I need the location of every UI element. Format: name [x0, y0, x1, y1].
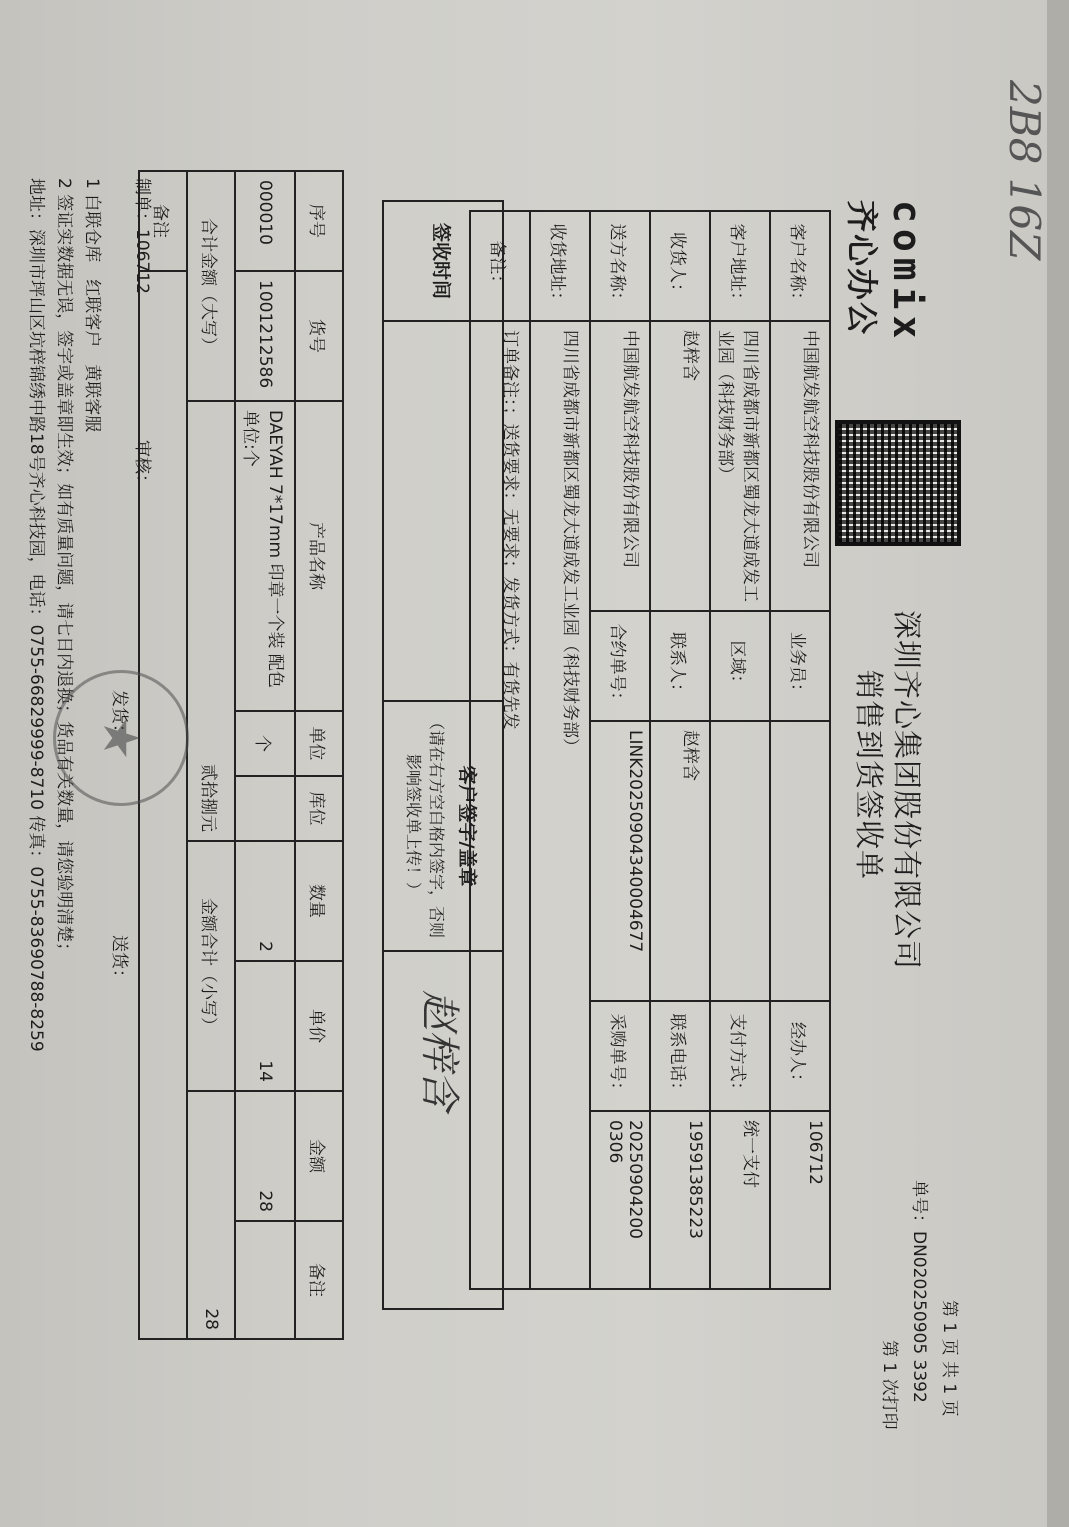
label-salesperson: 业务员：: [770, 611, 830, 721]
cell-price: 14: [235, 961, 295, 1091]
company-name: 深圳齐心集团股份有限公司: [888, 610, 929, 970]
header-qty: 数量: [295, 841, 343, 961]
receipt-rotated: 2B8 16Z comix 齐心办公 深圳齐心集团股份有限公司 销售到货签收单 …: [0, 0, 1069, 1527]
value-handler: 106712: [770, 1111, 830, 1289]
sign-table: 签收时间 客户签字/盖章 （请在右方空白格内签字，否则影响签收单上传！） 赵梓含: [382, 200, 504, 1310]
qr-code-icon: [835, 420, 961, 546]
order-number: 单号：DN020250905 3392: [909, 1180, 934, 1403]
header-amount: 金额: [295, 1091, 343, 1221]
cell-sku: 1001212586: [235, 271, 295, 401]
footer-note-1: 1 白联仓库 红联客户 黄联客服: [82, 178, 107, 432]
handwritten-note: 2B8 16Z: [1000, 80, 1049, 260]
header-unit: 单位: [295, 711, 343, 776]
value-total-lower: 28: [187, 1091, 235, 1339]
value-consignee: 赵梓含: [650, 321, 710, 611]
deliver-label: 送货：: [109, 935, 134, 986]
footer-address: 地址：深圳市坪山区坑梓锦绣中路18号齐心科技园，电话：0755-66829999…: [26, 178, 51, 1052]
header-note: 备注: [295, 1221, 343, 1339]
info-row: 收货地址： 四川省成都市新都区蜀龙大道成发工业园（科技财务部）: [530, 211, 590, 1289]
customer-sign-label: 客户签字/盖章: [456, 710, 483, 942]
label-contract-no: 合约单号：: [590, 611, 650, 721]
cell-qty: 2: [235, 841, 295, 961]
cell-seq: 000010: [235, 171, 295, 271]
header-sku: 货号: [295, 271, 343, 401]
label-ship-to-name: 送方名称：: [590, 211, 650, 321]
goods-header-row: 序号 货号 产品名称 单位 库位 数量 单价 金额 备注: [295, 171, 343, 1339]
value-contract-no: LINK20250904340004677: [590, 721, 650, 1001]
header-seq: 序号: [295, 171, 343, 271]
maker-label: 制单：: [132, 178, 152, 229]
value-goods-remark: [139, 271, 187, 1339]
label-customer-name: 客户名称：: [770, 211, 830, 321]
page-info: 第 1 页 共 1 页: [939, 1300, 964, 1417]
value-ship-to-name: 中国航发航空科技股份有限公司: [590, 321, 650, 611]
print-count: 第 1 次打印: [879, 1340, 904, 1430]
footer-note-2: 2 签证实数据无误，签字或盖章即生效；如有质量问题，请七日内退换；货品有关数量，…: [54, 178, 79, 959]
cell-location: [235, 776, 295, 841]
order-number-value: DN020250905 3392: [909, 1231, 929, 1403]
label-total-lower: 金额合计（小写）: [187, 841, 235, 1091]
info-row: 客户名称： 中国航发航空科技股份有限公司 业务员： 经办人： 106712: [770, 211, 830, 1289]
header-price: 单价: [295, 961, 343, 1091]
value-ship-address: 四川省成都市新都区蜀龙大道成发工业园（科技财务部）: [530, 321, 590, 1289]
sign-time-label: 签收时间: [383, 201, 503, 321]
label-purchase-no: 采购单号：: [590, 1001, 650, 1111]
label-ship-address: 收货地址：: [530, 211, 590, 321]
cell-note: [235, 1221, 295, 1339]
label-region: 区域：: [710, 611, 770, 721]
label-customer-address: 客户地址：: [710, 211, 770, 321]
customer-sign-label-cell: 客户签字/盖章 （请在右方空白格内签字，否则影响签收单上传！）: [383, 701, 503, 951]
sign-instruction: （请在右方空白格内签字，否则影响签收单上传！）: [404, 710, 450, 942]
info-row: 送方名称： 中国航发航空科技股份有限公司 合约单号： LINK202509043…: [590, 211, 650, 1289]
value-total-upper: 贰拾捌元: [187, 401, 235, 841]
value-payment-method: 统一支付: [710, 1111, 770, 1289]
cell-amount: 28: [235, 1091, 295, 1221]
maker-value: 106712: [132, 229, 152, 294]
value-phone: 19591385223: [650, 1111, 710, 1289]
sign-time-field[interactable]: [383, 321, 503, 701]
info-table: 客户名称： 中国航发航空科技股份有限公司 业务员： 经办人： 106712 客户…: [469, 210, 831, 1290]
signature-field[interactable]: 赵梓含: [383, 951, 503, 1309]
label-phone: 联系电话：: [650, 1001, 710, 1111]
totals-row: 合计金额（大写） 贰拾捌元 金额合计（小写） 28: [187, 171, 235, 1339]
info-row: 客户地址： 四川省成都市新都区蜀龙大道成发工业园（科技财务部） 区域： 支付方式…: [710, 211, 770, 1289]
header-product-name: 产品名称: [295, 401, 343, 711]
table-row: 000010 1001212586 DAEYAH 7*17mm 印章一个装 配色…: [235, 171, 295, 1339]
label-consignee: 收货人：: [650, 211, 710, 321]
logo-chinese: 齐心办公: [841, 200, 887, 336]
label-total-upper: 合计金额（大写）: [187, 171, 235, 401]
label-handler: 经办人：: [770, 1001, 830, 1111]
document-title: 销售到货签收单: [850, 670, 891, 880]
value-purchase-no: 20250904200 0306: [590, 1111, 650, 1289]
value-customer-name: 中国航发航空科技股份有限公司: [770, 321, 830, 611]
value-salesperson: [770, 721, 830, 1001]
signature: 赵梓含: [417, 990, 463, 1110]
review-label: 审核：: [132, 440, 157, 491]
company-stamp: ★: [53, 670, 189, 806]
label-contact: 联系人：: [650, 611, 710, 721]
cell-product-name: DAEYAH 7*17mm 印章一个装 配色 单位:个: [235, 401, 295, 711]
header-location: 库位: [295, 776, 343, 841]
maker: 制单：106712: [132, 178, 157, 294]
value-customer-address: 四川省成都市新都区蜀龙大道成发工业园（科技财务部）: [710, 321, 770, 611]
label-payment-method: 支付方式：: [710, 1001, 770, 1111]
info-row: 收货人： 赵梓含 联系人： 赵梓含 联系电话： 19591385223: [650, 211, 710, 1289]
value-region: [710, 721, 770, 1001]
star-icon: ★: [92, 716, 150, 761]
order-number-label: 单号：: [909, 1180, 929, 1231]
cell-unit: 个: [235, 711, 295, 776]
value-contact: 赵梓含: [650, 721, 710, 1001]
logo-comix: comix: [885, 200, 929, 344]
